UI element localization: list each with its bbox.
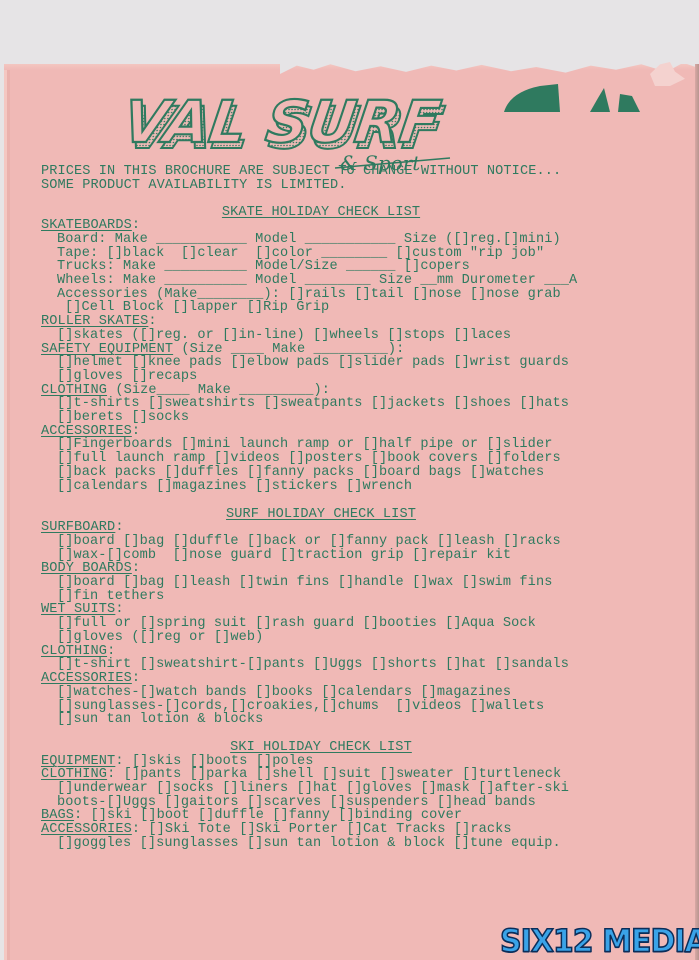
notice-line-1: PRICES IN THIS BROCHURE ARE SUBJECT TO C… (41, 165, 561, 179)
skate-acc-item: []calendars []magazines []stickers []wre… (41, 480, 412, 494)
trucks-line: Trucks: Make __________ Model/Size _____… (41, 260, 470, 274)
skateboards-heading: SKATEBOARDS: (41, 219, 140, 233)
skate-clothing-items-2: []berets []socks (41, 411, 189, 425)
board-line: Board: Make ___________ Model __________… (41, 233, 561, 247)
ski-acc-item: []goggles []sunglasses []sun tan lotion … (41, 837, 561, 851)
wet-suits-heading: WET SUITS: (41, 603, 124, 617)
notice-line-2: SOME PRODUCT AVAILABILITY IS LIMITED. (41, 179, 347, 193)
skate-acc-item: []back packs []duffles []fanny packs []b… (41, 466, 544, 480)
wet-suit-item: []full or []spring suit []rash guard []b… (41, 617, 536, 631)
skate-accessories-cont: []Cell Block []lapper []Rip Grip (41, 301, 329, 315)
ski-title: SKI HOLIDAY CHECK LIST (41, 741, 601, 755)
surf-acc-item: []sun tan lotion & blocks (41, 713, 263, 727)
skate-clothing-items-1: []t-shirts []sweatshirts []sweatpants []… (41, 397, 569, 411)
surf-title: SURF HOLIDAY CHECK LIST (41, 508, 601, 522)
ski-accessories-line: ACCESSORIES: []Ski Tote []Ski Porter []C… (41, 823, 512, 837)
roller-items: []skates ([]reg. or []in-line) []wheels … (41, 329, 511, 343)
roller-skates-heading: ROLLER SKATES: (41, 315, 157, 329)
surf-accessories-heading: ACCESSORIES: (41, 672, 140, 686)
surfboard-heading: SURFBOARD: (41, 521, 124, 535)
wet-suit-item: []gloves ([]reg or []web) (41, 631, 263, 645)
safety-items-1: []helmet []knee pads []elbow pads []slid… (41, 356, 569, 370)
ski-clothing-item: []underwear []socks []liners []hat []glo… (41, 782, 569, 796)
body-boards-heading: BODY BOARDS: (41, 562, 140, 576)
wheels-line: Wheels: Make __________ Model ________ S… (41, 274, 577, 288)
logo-fragment (500, 72, 650, 112)
svg-text:VAL SURF: VAL SURF (130, 88, 445, 156)
skate-acc-item: []full launch ramp []videos []posters []… (41, 452, 561, 466)
checklist-document: PRICES IN THIS BROCHURE ARE SUBJECT TO C… (41, 0, 58, 767)
surf-acc-item: []watches-[]watch bands []books []calend… (41, 686, 511, 700)
page-edge (695, 64, 699, 960)
body-board-item: []board []bag []leash []twin fins []hand… (41, 576, 552, 590)
skate-acc-item: []Fingerboards []mini launch ramp or []h… (41, 438, 552, 452)
ski-clothing-line: CLOTHING: []pants []parka []shell []suit… (41, 768, 561, 782)
surf-clothing-item: []t-shirt []sweatshirt-[]pants []Uggs []… (41, 658, 569, 672)
ski-bags-line: BAGS: []ski []boot []duffle []fanny []bi… (41, 809, 462, 823)
valsurf-logo: VAL SURF VAL SURF & Sport (130, 78, 470, 178)
six12-media-watermark: SIX12 MEDIA (500, 923, 699, 960)
safety-items-2: []gloves []recaps (41, 370, 197, 384)
surfboard-item: []board []bag []duffle []back or []fanny… (41, 535, 561, 549)
